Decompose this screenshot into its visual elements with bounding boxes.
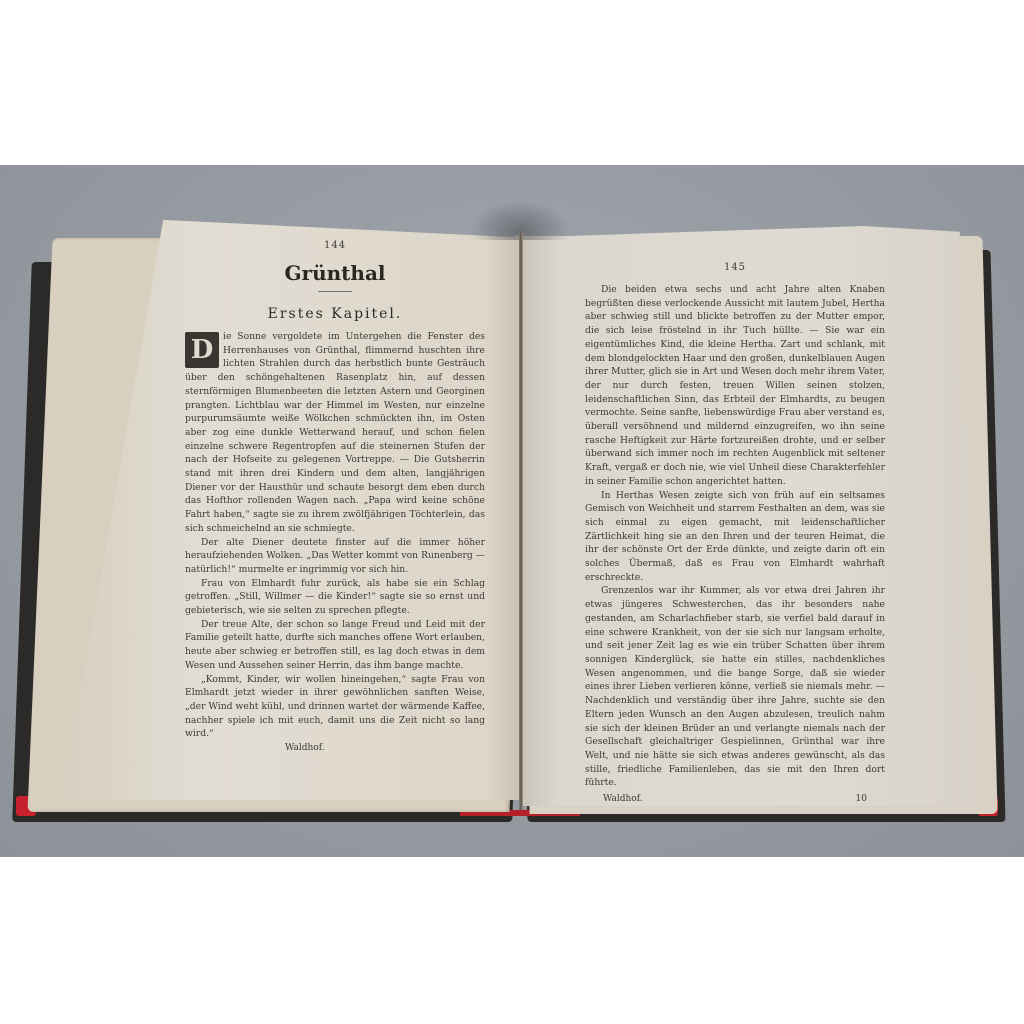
paragraph: Der alte Diener deutete finster auf die … xyxy=(185,536,485,577)
page-number-right: 145 xyxy=(585,262,885,273)
story-title: Grünthal xyxy=(185,261,485,285)
right-page-footer: Waldhof. 10 xyxy=(585,794,885,804)
paragraph: Frau von Elmhardt fuhr zurück, als habe … xyxy=(185,577,485,618)
left-body: Die Sonne vergoldete im Untergehen die F… xyxy=(185,330,485,741)
chapter-heading: Erstes Kapitel. xyxy=(185,306,485,322)
paragraph: Die beiden etwa sechs und acht Jahre alt… xyxy=(585,283,885,489)
book-gutter xyxy=(519,232,523,810)
paragraph: „Kommt, Kinder, wir wollen hineingehen,“… xyxy=(185,673,485,742)
right-body: Die beiden etwa sechs und acht Jahre alt… xyxy=(585,283,885,790)
signature-right: Waldhof. xyxy=(603,794,643,804)
paragraph: Der treue Alte, der schon so lange Freud… xyxy=(185,618,485,673)
page-number-left: 144 xyxy=(185,240,485,251)
signature-left: Waldhof. xyxy=(185,743,485,753)
left-page-text: 144 Grünthal Erstes Kapitel. Die Sonne v… xyxy=(185,240,485,753)
paragraph: Die Sonne vergoldete im Untergehen die F… xyxy=(185,330,485,536)
drop-cap-ornament: D xyxy=(185,332,219,368)
signature-number: 10 xyxy=(856,794,867,804)
paragraph: In Herthas Wesen zeigte sich von früh au… xyxy=(585,489,885,585)
title-rule xyxy=(318,291,352,292)
paragraph: Grenzenlos war ihr Kummer, als vor etwa … xyxy=(585,584,885,790)
right-page-text: 145 Die beiden etwa sechs und acht Jahre… xyxy=(585,262,885,804)
